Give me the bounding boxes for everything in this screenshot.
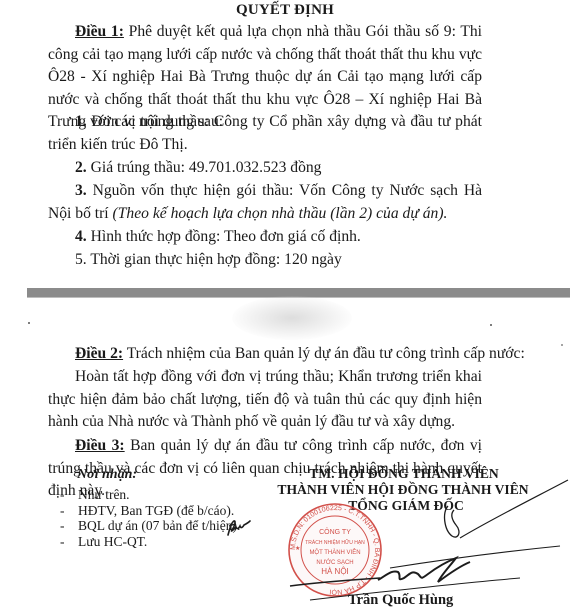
item-number: 4. <box>75 228 87 245</box>
recipient-item: Như trên. <box>58 487 240 503</box>
article-2-body: Hoàn tất hợp đồng với đơn vị trúng thầu;… <box>48 366 482 434</box>
article-3-label: Điều 3: <box>75 437 125 454</box>
article-1-label: Điều 1: <box>75 23 124 40</box>
initial-signature-icon <box>225 518 251 538</box>
scan-speck <box>28 322 30 324</box>
article-2-label: Điều 2: <box>75 345 123 362</box>
article-1-item-2: 2. Giá trúng thầu: 49.701.032.523 đồng <box>75 157 515 180</box>
article-2-heading: Điều 2: Trách nhiệm của Ban quản lý dự á… <box>75 343 515 366</box>
recipients-list: Như trên. HĐTV, Ban TGĐ (để b/cáo). BQL … <box>58 487 240 549</box>
item-text: Hình thức hợp đồng: Theo đơn giá cố định… <box>87 228 361 245</box>
item-number: 5. <box>75 251 87 268</box>
article-1-item-3: 3. Nguồn vốn thực hiện gói thầu: Vốn Côn… <box>48 180 482 225</box>
signer-name: Trần Quốc Hùng <box>348 592 453 609</box>
scan-smudge <box>232 296 352 340</box>
handwritten-signature <box>270 470 570 610</box>
recipients-title: Nơi nhận: <box>77 467 137 483</box>
item-text: Đơn vị trúng thầu: Công ty Cổ phần xây d… <box>48 113 482 153</box>
recipient-item: Lưu HC-QT. <box>58 534 240 550</box>
item-number: 3. <box>75 182 87 199</box>
article-1-item-5: 5. Thời gian thực hiện hợp đồng: 120 ngà… <box>75 249 515 272</box>
recipient-item: HĐTV, Ban TGĐ (để b/cáo). <box>58 503 240 519</box>
item-text: Thời gian thực hiện hợp đồng: 120 ngày <box>87 251 342 268</box>
document-page-top: QUYẾT ĐỊNH Điều 1: Phê duyệt kết quả lựa… <box>0 0 570 285</box>
scan-speck <box>490 324 492 326</box>
recipient-item: BQL dự án (07 bản để t/hiện). <box>58 518 240 534</box>
scan-speck <box>561 344 563 346</box>
article-1-item-1: 1. Đơn vị trúng thầu: Công ty Cổ phần xâ… <box>48 111 482 156</box>
item-text: Giá trúng thầu: 49.701.032.523 đồng <box>87 159 322 176</box>
article-1-item-4: 4. Hình thức hợp đồng: Theo đơn giá cố đ… <box>75 226 515 249</box>
document-title: QUYẾT ĐỊNH <box>0 2 570 19</box>
item-note: (Theo kế hoạch lựa chọn nhà thầu (lần 2)… <box>113 205 448 222</box>
article-2-heading-text: Trách nhiệm của Ban quản lý dự án đầu tư… <box>123 345 525 362</box>
item-number: 2. <box>75 159 87 176</box>
item-number: 1. <box>75 113 87 130</box>
